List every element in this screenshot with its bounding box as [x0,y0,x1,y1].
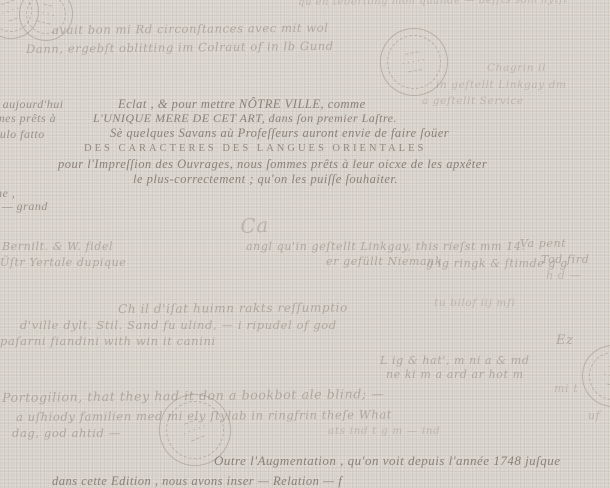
stamp-marks: ~~~·····~~~ [376,24,452,100]
script-line: Bernilt. & W. fidel [2,241,113,252]
script-line: Va pent [520,238,566,249]
script-line: angl qu'in geſtellt Linkgay, this rieſst… [246,241,526,252]
printed-line: pour l'Impreſſion des Ouvrages, nous ſom… [58,158,487,171]
printed-line: le plus-correctement ; qu'on les puiſſe … [133,173,398,186]
printed-line: Sè quelques Savans aù Profeſſeurs auront… [110,127,449,140]
printed-line: Eclat , & pour mettre NÔTRE VILLE, comme [118,98,366,111]
stamp-marks: ~~····~~ [579,342,610,410]
flourish-script: Ca [240,215,269,236]
printed-fragment: ne , [0,187,15,199]
postmark-stamp: ~~~·····~~~ [375,23,454,102]
script-line: Chagrin il [487,63,546,74]
script-line: in geſtellt Linkgay dm [436,80,567,91]
script-line: paſarni fiandini with win it canini [0,336,216,348]
printed-line: dans cette Edition , nous avons inser — … [52,475,342,488]
script-line: ats ind t g m — ind [328,426,440,437]
script-line: qu'en tebertong mon quande — beſſts som … [298,0,568,8]
script-line: Üſtr Yertale dupique [0,257,126,268]
script-line: d'ville dylt. Stil. Sand fu ulind, — i r… [20,320,337,332]
script-line: tu bilof iij mfi [434,298,515,309]
script-line: uf [588,410,600,421]
stamp-marks: ~~····~~~ [14,0,77,46]
printed-line: L'UNIQUE MERE DE CET ART, dans ſon premi… [93,112,397,124]
printed-fragment: mes prêts à [0,112,56,124]
script-line: a geſtellt Service [422,96,524,107]
script-line: L ig & hat', m ni a & md [380,355,529,366]
postmark-stamp: ~~····~~ [578,341,610,411]
script-line: Ch il d'iſat huimn rakts reſſumptio [118,301,348,315]
printed-line: Outre l'Augmentation , qu'on voit depuis… [214,454,561,467]
printed-fragment: culo fatto [0,128,45,140]
printed-fragment: — grand [2,200,48,212]
script-line: avait bon mi Rd circonſtances avec mit w… [52,23,329,37]
printed-caps-line: DES CARACTERES DES LANGUES ORIENTALES [84,144,426,155]
script-line: ne ki m a ard ar hot m [386,369,524,380]
script-line: mi t [554,383,578,394]
script-line: er gefüllt Niemank [326,256,442,267]
postmark-stamp: ~~····~~~ [13,0,78,47]
script-line: Tod fird [541,254,589,265]
script-line: Dann, ergebſt oblitting im Colraut of in… [26,41,334,56]
script-line: Ez [556,334,574,347]
printed-fragment: s aujourd'hui [0,98,64,110]
wallpaper-canvas: qu'en tebertong mon quande — beſſts som … [0,0,610,488]
script-line: dag, god ahtid — [12,428,121,440]
script-line: h d — [546,270,581,281]
